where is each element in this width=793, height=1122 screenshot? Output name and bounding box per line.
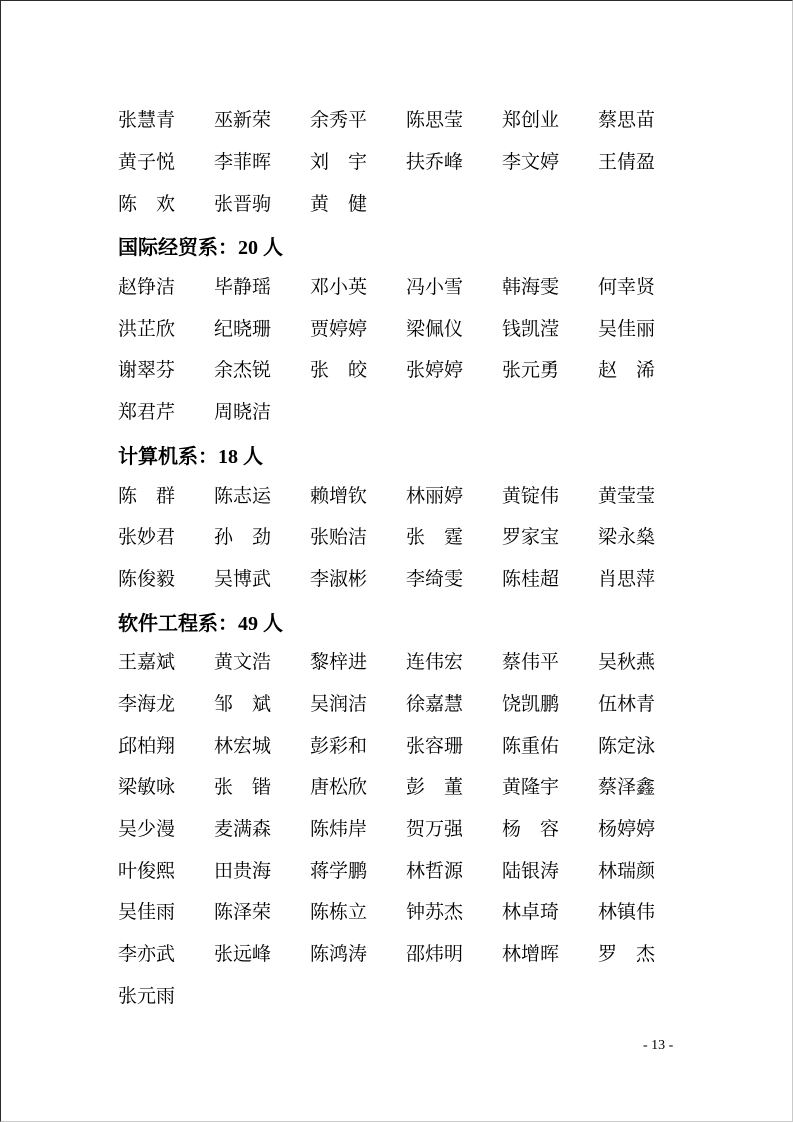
student-name: 陈 群: [118, 487, 175, 506]
name-row: 黄子悦李菲晖刘 宇扶乔峰李文婷王倩盈: [118, 142, 678, 184]
student-name: 张远峰: [214, 945, 271, 964]
student-name: 罗家宝: [502, 528, 559, 547]
student-name: 洪芷欣: [118, 320, 175, 339]
student-name: 张 皎: [310, 361, 367, 380]
section-header: 计算机系：18 人: [118, 434, 678, 476]
student-name: 毕静瑶: [214, 278, 271, 297]
student-name: 王嘉斌: [118, 653, 175, 672]
student-name: 杨婷婷: [598, 820, 655, 839]
student-name: 吴润洁: [310, 695, 367, 714]
student-name: 张妙君: [118, 528, 175, 547]
name-row: 张慧青巫新荣余秀平陈思莹郑创业蔡思苗: [118, 100, 678, 142]
student-name: 蔡伟平: [502, 653, 559, 672]
student-name: 林卓琦: [502, 903, 559, 922]
student-name: 林瑞颜: [598, 862, 655, 881]
student-name: 饶凯鹏: [502, 695, 559, 714]
student-name: 何幸贤: [598, 278, 655, 297]
student-name: 李亦武: [118, 945, 175, 964]
student-name: 谢翠芬: [118, 361, 175, 380]
name-row: 陈俊毅吴博武李淑彬李绮雯陈桂超肖思萍: [118, 559, 678, 601]
name-row: 吴佳雨陈泽荣陈栋立钟苏杰林卓琦林镇伟: [118, 892, 678, 934]
student-name: 吴佳丽: [598, 320, 655, 339]
student-name: 田贵海: [214, 862, 271, 881]
student-name: 连伟宏: [406, 653, 463, 672]
student-name: 钟苏杰: [406, 903, 463, 922]
page-number: - 13 -: [643, 1038, 673, 1054]
student-name: 张容珊: [406, 737, 463, 756]
student-name: 肖思萍: [598, 570, 655, 589]
student-name: 钱凯滢: [502, 320, 559, 339]
name-row: 梁敏咏张 锴唐松欣彭 董黄隆宇蔡泽鑫: [118, 767, 678, 809]
student-name: 韩海雯: [502, 278, 559, 297]
student-name: 林哲源: [406, 862, 463, 881]
student-name: 伍林青: [598, 695, 655, 714]
student-name: 余秀平: [310, 111, 367, 130]
name-row: 洪芷欣纪晓珊贾婷婷梁佩仪钱凯滢吴佳丽: [118, 308, 678, 350]
student-name: 黄莹莹: [598, 487, 655, 506]
student-name: 黄文浩: [214, 653, 271, 672]
name-row: 陈 群陈志运赖增钦林丽婷黄锭伟黄莹莹: [118, 475, 678, 517]
section-header: 国际经贸系：20 人: [118, 225, 678, 267]
student-name: 张贻洁: [310, 528, 367, 547]
student-name: 梁敏咏: [118, 778, 175, 797]
student-name: 孙 劲: [214, 528, 271, 547]
student-name: 邹 斌: [214, 695, 271, 714]
student-name: 纪晓珊: [214, 320, 271, 339]
student-name: 陈 欢: [118, 195, 175, 214]
student-name: 邵炜明: [406, 945, 463, 964]
student-name: 邱柏翔: [118, 737, 175, 756]
student-name: 陈俊毅: [118, 570, 175, 589]
student-name: 赵铮洁: [118, 278, 175, 297]
student-name: 贾婷婷: [310, 320, 367, 339]
student-name: 林镇伟: [598, 903, 655, 922]
student-name: 吴秋燕: [598, 653, 655, 672]
document-page: 张慧青巫新荣余秀平陈思莹郑创业蔡思苗黄子悦李菲晖刘 宇扶乔峰李文婷王倩盈陈 欢张…: [0, 0, 793, 1122]
name-row: 赵铮洁毕静瑶邓小英冯小雪韩海雯何幸贤: [118, 267, 678, 309]
student-name: 杨 容: [502, 820, 559, 839]
student-name: 刘 宇: [310, 153, 367, 172]
student-name: 张 霆: [406, 528, 463, 547]
student-name: 扶乔峰: [406, 153, 463, 172]
name-row: 李亦武张远峰陈鸿涛邵炜明林增晖罗 杰: [118, 934, 678, 976]
student-name: 张元雨: [118, 987, 175, 1006]
student-name: 贺万强: [406, 820, 463, 839]
name-row: 张妙君孙 劲张贻洁张 霆罗家宝梁永燊: [118, 517, 678, 559]
student-name: 巫新荣: [214, 111, 271, 130]
student-name: 郑创业: [502, 111, 559, 130]
student-name: 张晋驹: [214, 195, 271, 214]
name-row: 王嘉斌黄文浩黎梓进连伟宏蔡伟平吴秋燕: [118, 642, 678, 684]
student-name: 王倩盈: [598, 153, 655, 172]
student-name: 陈定泳: [598, 737, 655, 756]
student-name: 黄隆宇: [502, 778, 559, 797]
student-name: 林丽婷: [406, 487, 463, 506]
student-name: 叶俊熙: [118, 862, 175, 881]
student-name: 周晓洁: [214, 403, 271, 422]
student-name: 彭彩和: [310, 737, 367, 756]
student-name: 陈栋立: [310, 903, 367, 922]
name-row: 郑君芹周晓洁: [118, 392, 678, 434]
student-name: 林宏城: [214, 737, 271, 756]
student-name: 蔡思苗: [598, 111, 655, 130]
student-name: 冯小雪: [406, 278, 463, 297]
name-row: 张元雨: [118, 975, 678, 1017]
student-name: 梁永燊: [598, 528, 655, 547]
student-name: 徐嘉慧: [406, 695, 463, 714]
name-row: 叶俊熙田贵海蒋学鹏林哲源陆银涛林瑞颜: [118, 850, 678, 892]
student-name: 黄子悦: [118, 153, 175, 172]
student-name: 李文婷: [502, 153, 559, 172]
name-row: 邱柏翔林宏城彭彩和张容珊陈重佑陈定泳: [118, 725, 678, 767]
section-header: 软件工程系：49 人: [118, 600, 678, 642]
student-name: 黄锭伟: [502, 487, 559, 506]
student-name: 黄 健: [310, 195, 367, 214]
student-name: 吴少漫: [118, 820, 175, 839]
student-name: 陈桂超: [502, 570, 559, 589]
name-row: 谢翠芬余杰锐张 皎张婷婷张元勇赵 浠: [118, 350, 678, 392]
student-name: 郑君芹: [118, 403, 175, 422]
student-name: 陈思莹: [406, 111, 463, 130]
student-name: 陈鸿涛: [310, 945, 367, 964]
student-name: 罗 杰: [598, 945, 655, 964]
student-name: 陆银涛: [502, 862, 559, 881]
student-name: 梁佩仪: [406, 320, 463, 339]
student-name: 陈志运: [214, 487, 271, 506]
student-name: 林增晖: [502, 945, 559, 964]
name-row: 陈 欢张晋驹黄 健: [118, 183, 678, 225]
student-name: 李淑彬: [310, 570, 367, 589]
student-name: 李绮雯: [406, 570, 463, 589]
student-name: 黎梓进: [310, 653, 367, 672]
name-row: 李海龙邹 斌吴润洁徐嘉慧饶凯鹏伍林青: [118, 684, 678, 726]
student-name: 蔡泽鑫: [598, 778, 655, 797]
document-body: 张慧青巫新荣余秀平陈思莹郑创业蔡思苗黄子悦李菲晖刘 宇扶乔峰李文婷王倩盈陈 欢张…: [118, 100, 678, 1017]
student-name: 吴佳雨: [118, 903, 175, 922]
student-name: 唐松欣: [310, 778, 367, 797]
student-name: 陈重佑: [502, 737, 559, 756]
student-name: 陈泽荣: [214, 903, 271, 922]
student-name: 张 锴: [214, 778, 271, 797]
student-name: 蒋学鹏: [310, 862, 367, 881]
student-name: 彭 董: [406, 778, 463, 797]
student-name: 张慧青: [118, 111, 175, 130]
student-name: 赵 浠: [598, 361, 655, 380]
student-name: 邓小英: [310, 278, 367, 297]
student-name: 李菲晖: [214, 153, 271, 172]
student-name: 李海龙: [118, 695, 175, 714]
student-name: 陈炜岸: [310, 820, 367, 839]
name-row: 吴少漫麦满森陈炜岸贺万强杨 容杨婷婷: [118, 809, 678, 851]
student-name: 吴博武: [214, 570, 271, 589]
student-name: 余杰锐: [214, 361, 271, 380]
student-name: 麦满森: [214, 820, 271, 839]
student-name: 张婷婷: [406, 361, 463, 380]
student-name: 张元勇: [502, 361, 559, 380]
student-name: 赖增钦: [310, 487, 367, 506]
